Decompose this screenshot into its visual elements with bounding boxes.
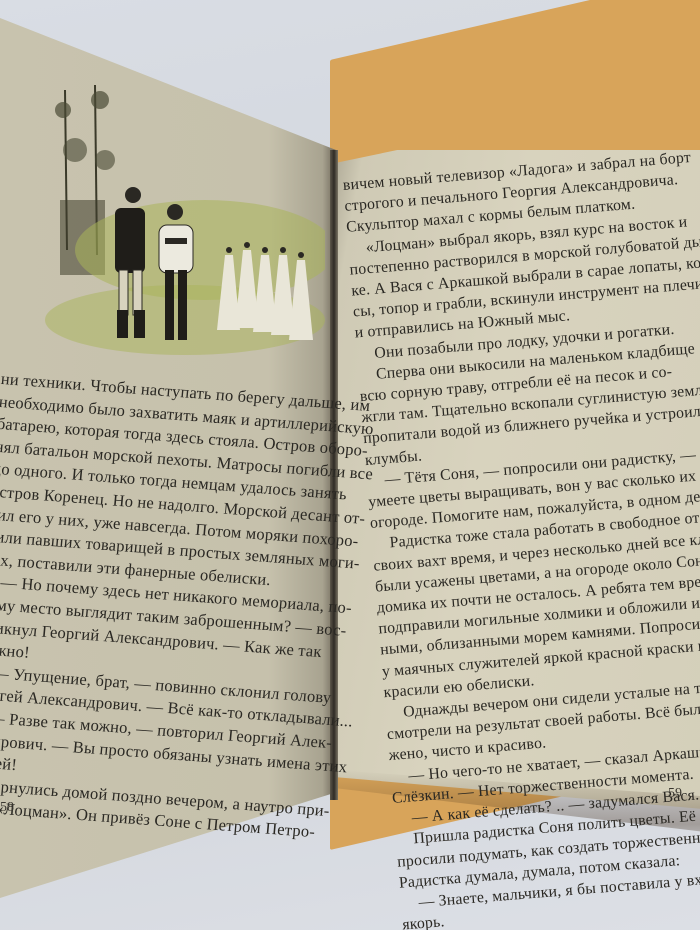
left-page-text: ни техники. Чтобы наступать по берегу да… (0, 368, 331, 842)
page-number-left: 58 (0, 800, 14, 816)
right-page-text: вичем новый телевизор «Ладога» и забрал … (342, 147, 700, 930)
photo-scene: ни техники. Чтобы наступать по берегу да… (0, 0, 700, 930)
illustration-image (35, 70, 325, 370)
obelisks-icon (217, 242, 313, 340)
page-number-right: 59 (668, 786, 682, 802)
